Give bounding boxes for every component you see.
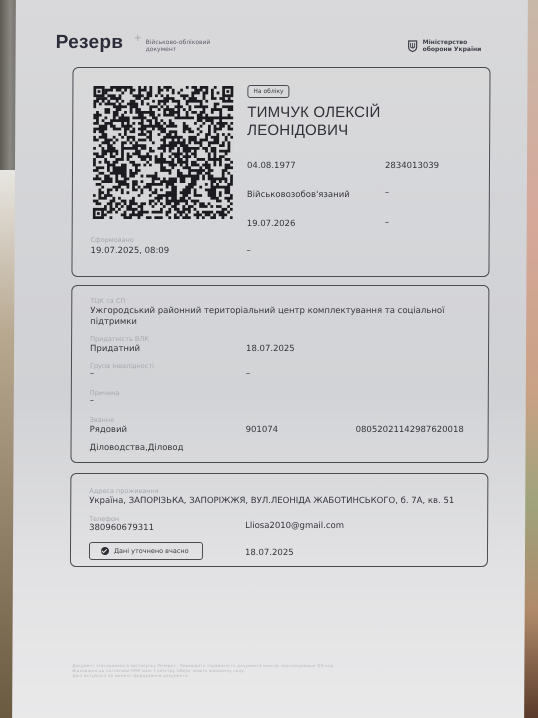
specialty: Діловодства,Діловод <box>90 443 184 453</box>
document-type-line2: документ <box>146 46 236 53</box>
brand-plus: + <box>134 33 142 44</box>
rank-label: Звання <box>90 416 114 424</box>
document-page: Резерв + Військово-обліковий документ Мі… <box>12 0 528 718</box>
ministry-line1: Міністерство <box>423 39 482 46</box>
fitness-value: Придатний <box>90 344 140 354</box>
disability-value: – <box>90 369 94 379</box>
data-verified-label: Дані уточнено вчасно <box>114 547 189 555</box>
identity-card: На обліку ТИМЧУК ОЛЕКСІЙ ЛЕОНІДОВИЧ 04.0… <box>71 67 490 277</box>
phone-value: 380960679311 <box>89 523 154 533</box>
data-verified-button[interactable]: Дані уточнено вчасно <box>89 542 203 560</box>
document-header: Резерв + Військово-обліковий документ Мі… <box>56 30 506 60</box>
brand-logo: Резерв <box>56 32 124 54</box>
full-name-line2: ЛЕОНІДОВИЧ <box>247 122 380 140</box>
formed-label: Сформовано <box>91 236 134 244</box>
service-card: ТЦК та СП Ужгородський районний територі… <box>70 285 489 463</box>
footer-disclaimer: Документ згенеровано в застосунку Резерв… <box>72 663 492 678</box>
tcc-label: ТЦК та СП <box>90 297 125 305</box>
fitness-label: Придатність ВЛК <box>90 335 149 343</box>
extra-field: – <box>247 246 251 256</box>
valid-until: 19.07.2026 <box>247 219 296 229</box>
rank-value: Рядовий <box>90 425 127 435</box>
disability-label: Група інвалідності <box>90 362 154 370</box>
reason-value: – <box>90 396 94 406</box>
vos-code: 901074 <box>246 425 279 435</box>
footer-line3: Дані актуальні на момент формування доку… <box>72 673 492 678</box>
ministry-name: Міністерство оборони України <box>423 39 482 53</box>
tcc-line1: Ужгородський районний територіальний цен… <box>90 306 444 316</box>
status-date: 18.07.2025 <box>245 548 294 558</box>
ministry-logo: Міністерство оборони України <box>408 39 518 55</box>
fitness-date: 18.07.2025 <box>246 344 295 354</box>
qr-code <box>93 86 234 219</box>
address-label: Адреса проживання <box>89 487 158 495</box>
valid-extra: – <box>385 218 389 228</box>
disability-extra: – <box>246 369 250 379</box>
check-circle-icon <box>101 547 109 555</box>
category: Військовозобов'язаний <box>247 190 350 200</box>
category-extra: – <box>385 188 389 198</box>
ministry-line2: оборони України <box>423 46 482 53</box>
contact-card: Адреса проживання Україна, ЗАПОРІЗЬКА, З… <box>70 473 488 567</box>
tcc-line2: підтримки <box>90 317 137 327</box>
tax-id: 2834013039 <box>385 161 439 171</box>
birth-date: 04.08.1977 <box>247 161 296 171</box>
phone-label: Телефон <box>89 515 119 523</box>
document-type-line1: Військово-обліковий <box>146 39 236 46</box>
status-badge: На обліку <box>247 85 289 98</box>
formed-value: 19.07.2025, 08:09 <box>91 246 170 256</box>
trident-shield-icon <box>408 40 418 52</box>
registry-number: 08052021142987620018 <box>356 425 464 435</box>
full-name: ТИМЧУК ОЛЕКСІЙ ЛЕОНІДОВИЧ <box>247 104 380 140</box>
reason-label: Причина <box>90 389 120 397</box>
email-value: Lliosa2010@gmail.com <box>245 521 344 531</box>
address-value: Україна, ЗАПОРІЗЬКА, ЗАПОРІЖЖЯ, ВУЛ.ЛЕОН… <box>89 496 454 506</box>
document-type: Військово-обліковий документ <box>146 39 236 53</box>
full-name-line1: ТИМЧУК ОЛЕКСІЙ <box>247 104 380 122</box>
